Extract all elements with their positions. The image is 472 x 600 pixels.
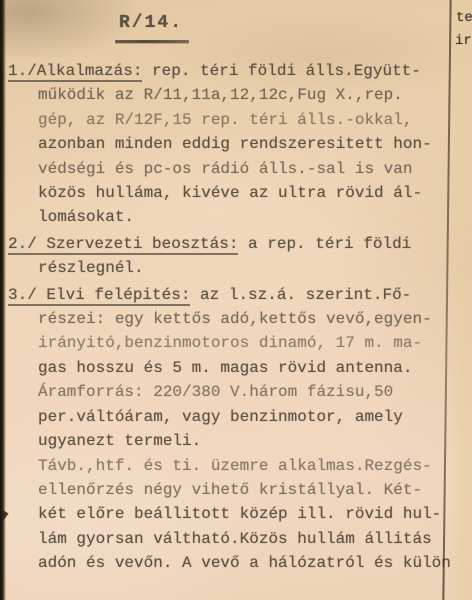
document-line: per.váltóáram, vagy benzinmotor, amely (8, 405, 470, 429)
document-line: részlegnél. (8, 256, 470, 280)
adjacent-page-strip (448, 0, 472, 600)
document-body: 1./Alkalmazás: rep. téri földi álls.Együ… (8, 59, 470, 576)
document-line: adón és vevőn. A vevő a hálózatról és kü… (8, 551, 470, 575)
document-line: gas hosszu és 5 m. magas rövid antenna. (8, 356, 470, 380)
document-line: Áramforrás: 220/380 V.három fázisu,50 (8, 380, 470, 404)
document-line: irányitó,benzinmotoros dinamó, 17 m. ma- (8, 331, 470, 355)
page-title: R/14. (119, 13, 183, 33)
document-line: működik az R/11,11a,12,12c,Fug X.,rep. (8, 83, 470, 107)
title-underline (115, 40, 189, 43)
margin-fragment: ir (455, 33, 472, 49)
underlined-heading: 2./ Szervezeti beosztás: (8, 235, 238, 255)
section-heading-line: 1./Alkalmazás: rep. téri földi álls.Együ… (8, 59, 470, 83)
section-heading-line: 2./ Szervezeti beosztás: a rep. téri föl… (8, 232, 470, 256)
document-line: védségi és pc-os rádió álls.-sal is van (8, 157, 470, 181)
document-line: közös hulláma, kivéve az ultra rövid ál- (8, 181, 470, 205)
underlined-heading: 3./ Elvi felépités: (8, 286, 190, 306)
document-line: ugyanezt termeli. (8, 429, 470, 453)
underlined-heading: 1./Alkalmazás: (8, 62, 142, 82)
document-line: ellenőrzés négy vihető kristállyal. Két- (8, 478, 470, 502)
document-line: lomásokat. (8, 205, 470, 229)
scan-edge-shadow (0, 0, 6, 600)
document-line: gép, az R/12F,15 rep. téri álls.-okkal, (8, 108, 470, 132)
document-line: azonban minden eddig rendszeresitett hon… (8, 132, 470, 156)
document-line: Távb.,htf. és ti. üzemre alkalmas.Rezgés… (8, 454, 470, 478)
scanned-document-page: R/14. 1./Alkalmazás: rep. téri földi áll… (0, 0, 472, 600)
section-heading-line: 3./ Elvi felépités: az l.sz.á. szerint.F… (8, 283, 470, 307)
document-line: lám gyorsan váltható.Közös hullám állitá… (8, 527, 470, 551)
document-line: részei: egy kettős adó,kettős vevő,egyen… (8, 307, 470, 331)
document-line: két előre beállitott közép ill. rövid hu… (8, 502, 470, 526)
margin-fragment: te (456, 10, 472, 26)
